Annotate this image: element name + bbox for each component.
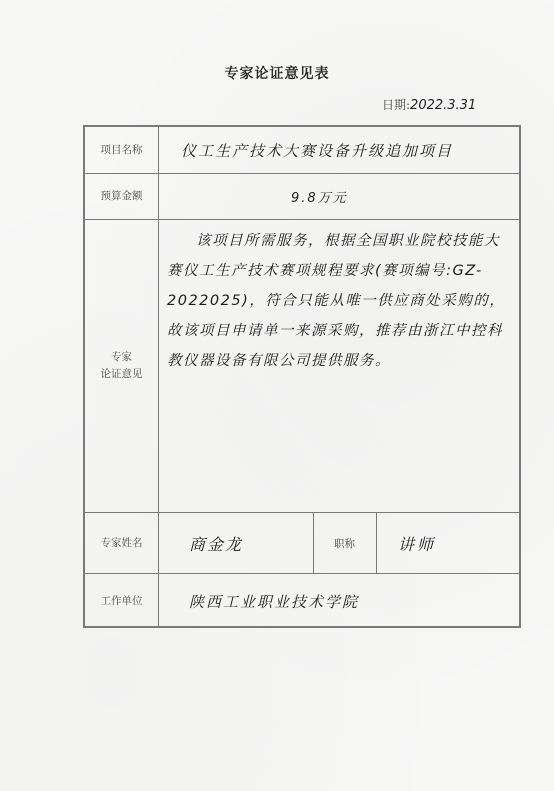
expert-opinion-label-line2: 论证意见 [101, 366, 143, 383]
work-unit-label: 工作单位 [85, 574, 159, 628]
row-expert-name-title: 专家姓名 商金龙 职称 讲师 [85, 513, 519, 574]
expert-opinion-label: 专家 论证意见 [85, 220, 159, 512]
expert-name-label: 专家姓名 [85, 513, 159, 573]
budget-value: 9.8万元 [159, 174, 519, 219]
row-work-unit: 工作单位 陕西工业职业技术学院 [85, 574, 519, 628]
title-rank-value: 讲师 [376, 513, 519, 573]
opinion-form-table: 项目名称 仪工生产技术大赛设备升级追加项目 预算金额 9.8万元 专家 论证意见… [83, 125, 521, 628]
expert-opinion-text: 该项目所需服务，根据全国职业院校技能大赛仪工生产技术赛项规程要求(赛项编号:GZ… [167, 226, 509, 376]
row-budget: 预算金额 9.8万元 [85, 174, 519, 220]
project-name-label: 项目名称 [85, 127, 159, 173]
budget-label: 预算金额 [85, 174, 159, 219]
project-name-value: 仪工生产技术大赛设备升级追加项目 [159, 127, 519, 173]
date-line: 日期:2022.3.31 [382, 96, 476, 113]
document-title: 专家论证意见表 [0, 63, 554, 83]
title-rank-label: 职称 [313, 513, 376, 573]
row-project-name: 项目名称 仪工生产技术大赛设备升级追加项目 [85, 127, 519, 174]
date-label: 日期: [382, 98, 410, 112]
row-expert-opinion: 专家 论证意见 该项目所需服务，根据全国职业院校技能大赛仪工生产技术赛项规程要求… [85, 220, 519, 513]
expert-opinion-label-line1: 专家 [101, 349, 143, 366]
date-value: 2022.3.31 [410, 98, 476, 113]
work-unit-value: 陕西工业职业技术学院 [159, 574, 519, 628]
